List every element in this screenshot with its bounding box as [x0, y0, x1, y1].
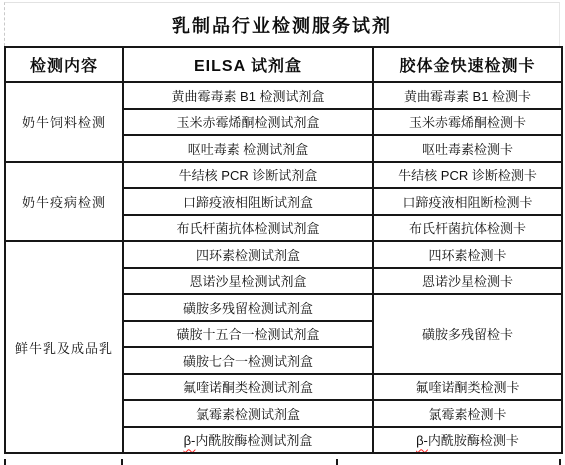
card-cell: 氯霉素检测卡: [373, 400, 562, 427]
card-cell: 恩诺沙星检测卡: [373, 268, 562, 295]
card-cell: 玉米赤霉烯酮检测卡: [373, 109, 562, 136]
card-cell: 四环素检测卡: [373, 241, 562, 268]
kit-cell: 口蹄疫液相阻断试剂盒: [123, 188, 373, 215]
card-cell: 牛结核 PCR 诊断检测卡: [373, 162, 562, 189]
table-gridline-stub: [336, 459, 338, 465]
kit-cell-text: 内酰胺酶检测试剂盒: [195, 433, 312, 448]
kit-cell: 布氏杆菌抗体检测试剂盒: [123, 215, 373, 242]
header-test-content: 检测内容: [5, 47, 123, 82]
category-cell-feed: 奶牛饲料检测: [5, 82, 123, 162]
kit-cell: 黄曲霉毒素 B1 检测试剂盒: [123, 82, 373, 109]
kit-cell: β-内酰胺酶检测试剂盒: [123, 427, 373, 454]
header-gold-card: 胶体金快速检测卡: [373, 47, 562, 82]
kit-cell: 四环素检测试剂盒: [123, 241, 373, 268]
table-gridline-stub: [121, 459, 123, 465]
kit-cell: 磺胺十五合一检测试剂盒: [123, 321, 373, 348]
kit-cell: 氯霉素检测试剂盒: [123, 400, 373, 427]
kit-cell: 呕吐毒素 检测试剂盒: [123, 135, 373, 162]
table-title-row: 乳制品行业检测服务试剂: [4, 2, 560, 46]
category-cell-disease: 奶牛疫病检测: [5, 162, 123, 242]
reagent-table: 检测内容 EILSA 试剂盒 胶体金快速检测卡 奶牛饲料检测 黄曲霉毒素 B1 …: [4, 46, 563, 454]
table-row: 奶牛饲料检测 黄曲霉毒素 B1 检测试剂盒 黄曲霉毒素 B1 检测卡: [5, 82, 562, 109]
card-cell: β-内酰胺酶检测卡: [373, 427, 562, 454]
category-cell-milk: 鲜牛乳及成品乳: [5, 241, 123, 453]
table-row: 奶牛疫病检测 牛结核 PCR 诊断试剂盒 牛结核 PCR 诊断检测卡: [5, 162, 562, 189]
spellcheck-flagged-text: β-: [184, 433, 196, 448]
table-gridline-stub: [4, 459, 6, 465]
kit-cell: 牛结核 PCR 诊断试剂盒: [123, 162, 373, 189]
table-row: 鲜牛乳及成品乳 四环素检测试剂盒 四环素检测卡: [5, 241, 562, 268]
kit-cell: 氟喹诺酮类检测试剂盒: [123, 374, 373, 401]
card-cell: 氟喹诺酮类检测卡: [373, 374, 562, 401]
card-cell: 黄曲霉毒素 B1 检测卡: [373, 82, 562, 109]
table-gridline-stub: [559, 459, 561, 465]
card-cell: 布氏杆菌抗体检测卡: [373, 215, 562, 242]
header-row: 检测内容 EILSA 试剂盒 胶体金快速检测卡: [5, 47, 562, 82]
kit-cell: 恩诺沙星检测试剂盒: [123, 268, 373, 295]
header-elisa-kit: EILSA 试剂盒: [123, 47, 373, 82]
spellcheck-flagged-text: β-: [416, 433, 428, 448]
kit-cell: 玉米赤霉烯酮检测试剂盒: [123, 109, 373, 136]
document-page: 乳制品行业检测服务试剂 检测内容 EILSA 试剂盒 胶体金快速检测卡 奶牛饲料…: [0, 0, 565, 465]
kit-cell: 磺胺七合一检测试剂盒: [123, 347, 373, 374]
card-cell: 口蹄疫液相阻断检测卡: [373, 188, 562, 215]
card-cell-text: 内酰胺酶检测卡: [428, 433, 519, 448]
card-cell-merged-sulfonamide: 磺胺多残留检卡: [373, 294, 562, 374]
table-title: 乳制品行业检测服务试剂: [172, 12, 392, 38]
card-cell: 呕吐毒素检测卡: [373, 135, 562, 162]
kit-cell: 磺胺多残留检测试剂盒: [123, 294, 373, 321]
